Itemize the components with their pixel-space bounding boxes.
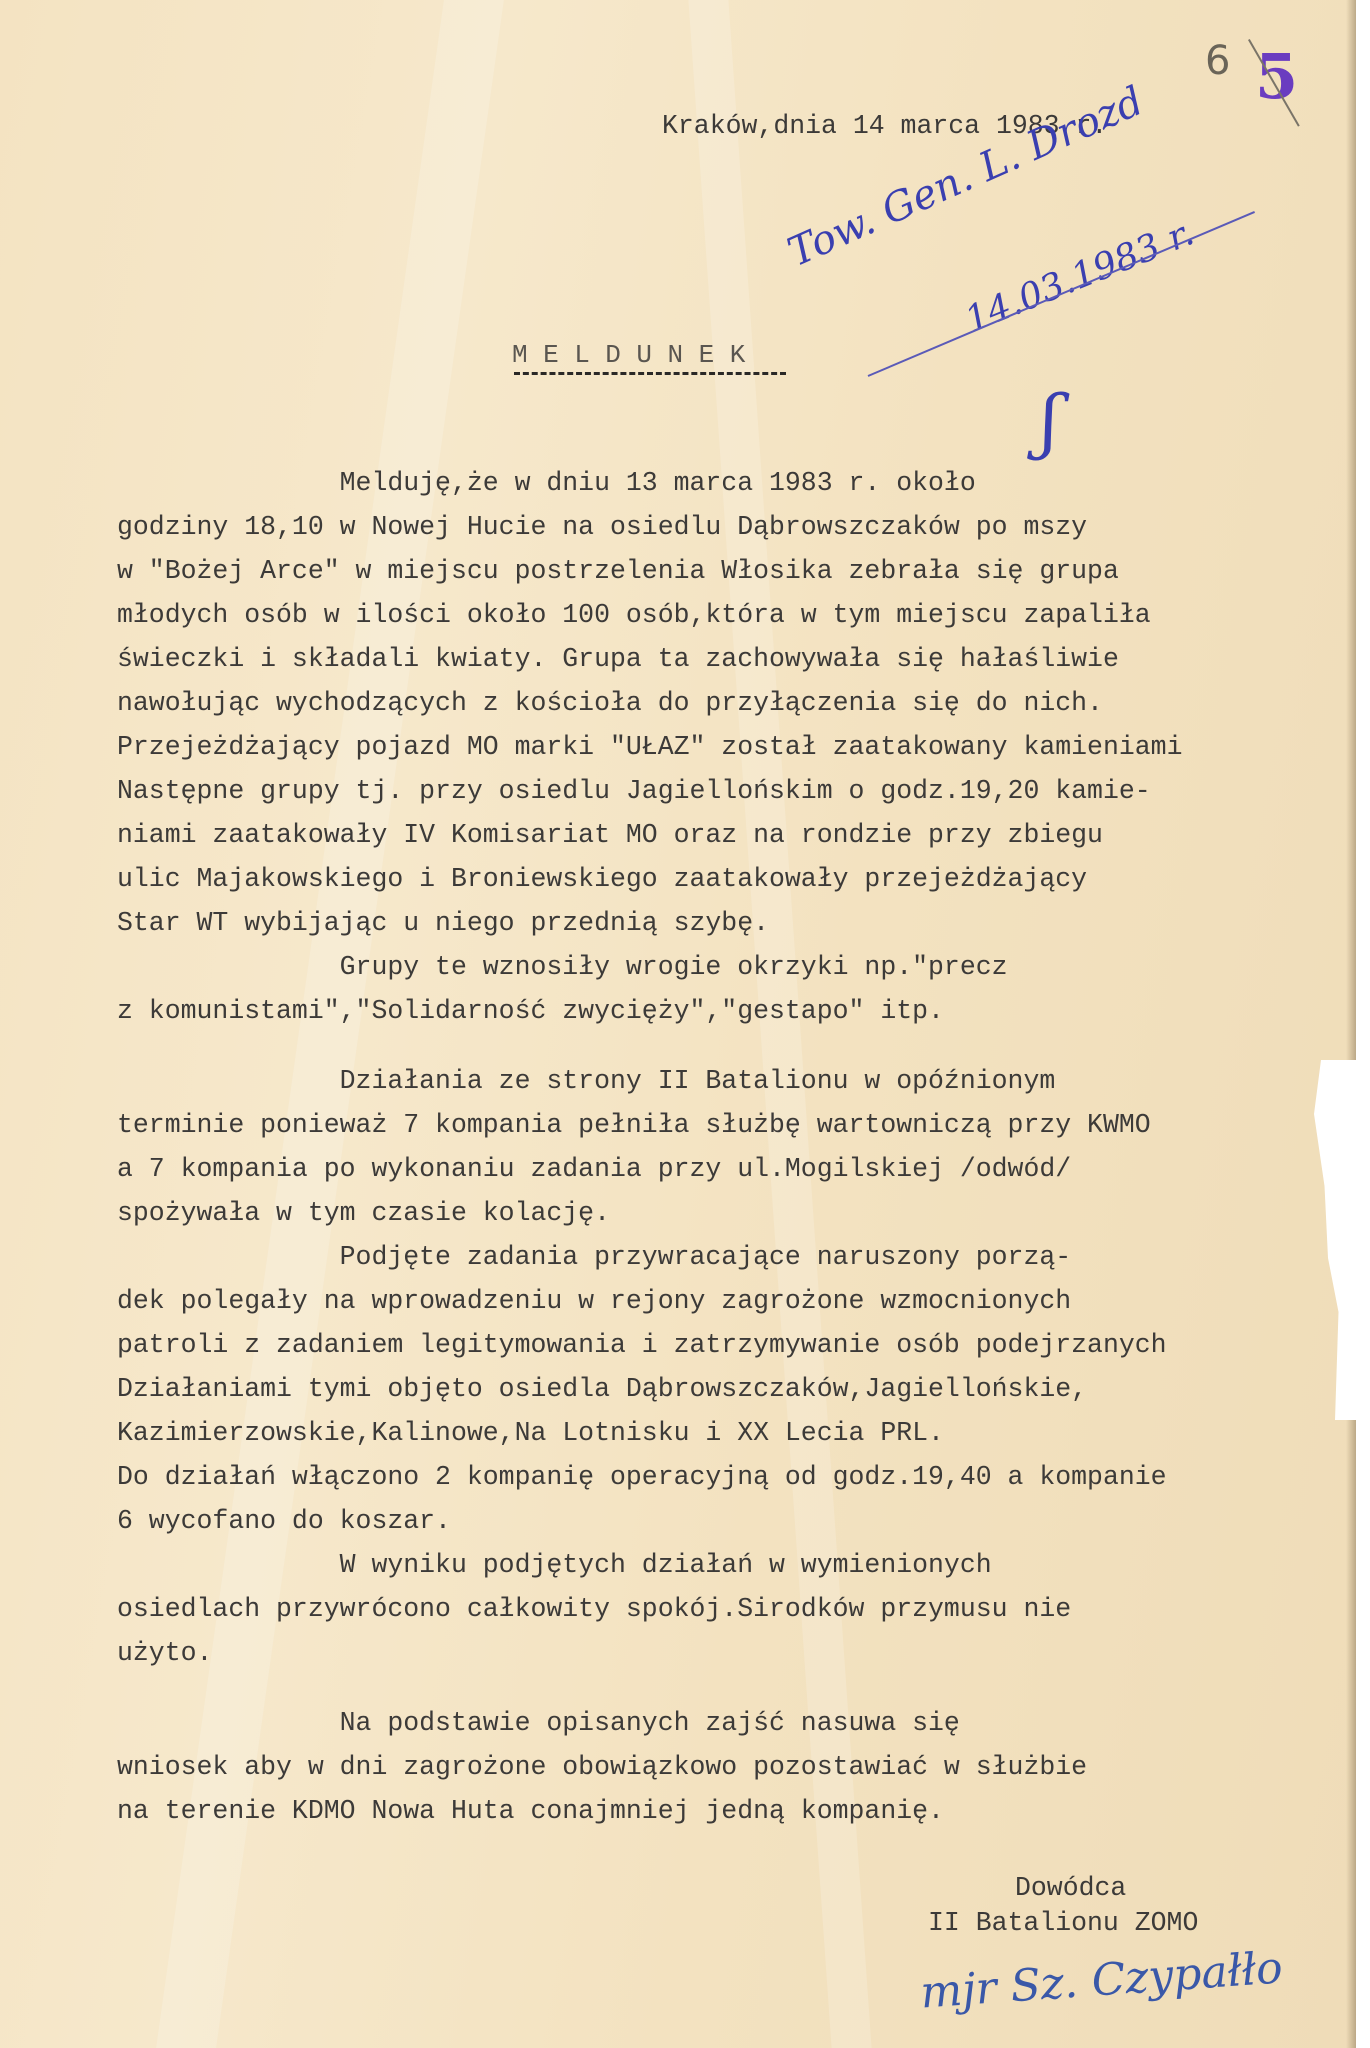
body-line: Działania ze strony II Batalionu w opóźn… xyxy=(117,1068,1055,1095)
body-line: Przejeżdżający pojazd MO marki "UŁAZ" zo… xyxy=(117,734,1182,761)
body-line: godziny 18,10 w Nowej Hucie na osiedlu D… xyxy=(117,514,1087,541)
annotation-underline xyxy=(868,211,1255,377)
body-line: ulic Majakowskiego i Broniewskiego zaata… xyxy=(117,866,1087,893)
body-line: Star WT wybijając u niego przednią szybę… xyxy=(117,910,769,937)
body-line: młodych osób w ilości około 100 osób,któ… xyxy=(117,602,1151,629)
page-edge xyxy=(1346,0,1356,2048)
body-line: wniosek aby w dni zagrożone obowiązkowo … xyxy=(117,1754,1087,1781)
body-line: Na podstawie opisanych zajść nasuwa się xyxy=(117,1710,960,1737)
body-line: Melduję,że w dniu 13 marca 1983 r. około xyxy=(117,470,976,497)
body-line: świeczki i składali kwiaty. Grupa ta zac… xyxy=(117,646,1119,673)
stamped-page-number: 5 xyxy=(1255,40,1298,113)
title-underline xyxy=(514,372,786,375)
body-line: W wyniku podjętych działań w wymienionyc… xyxy=(117,1552,992,1579)
body-line: Do działań włączono 2 kompanię operacyjn… xyxy=(117,1464,1167,1491)
signature-unit: II Batalionu ZOMO xyxy=(928,1910,1198,1937)
body-line: w "Bożej Arce" w miejscu postrzelenia Wł… xyxy=(117,558,1119,585)
document-page: 6 5 Kraków,dnia 14 marca 1983 r. Tow. Ge… xyxy=(0,0,1356,2048)
body-line: niami zaatakowały IV Komisariat MO oraz … xyxy=(117,822,1103,849)
body-line: na terenie KDMO Nowa Huta conajmniej jed… xyxy=(117,1798,944,1825)
pencil-page-number: 6 xyxy=(1205,38,1230,84)
body-line: Podjęte zadania przywracające naruszony … xyxy=(117,1244,1071,1271)
body-line: Działaniami tymi objęto osiedla Dąbrowsz… xyxy=(117,1376,1087,1403)
body-line: a 7 kompania po wykonaniu zadania przy u… xyxy=(117,1156,1071,1183)
handwritten-initials: ʃ xyxy=(1040,380,1059,462)
body-line: Kazimierzowskie,Kalinowe,Na Lotnisku i X… xyxy=(117,1420,944,1447)
document-title: MELDUNEK xyxy=(512,340,761,370)
body-line: użyto. xyxy=(117,1640,212,1667)
body-line: terminie ponieważ 7 kompania pełniła słu… xyxy=(117,1112,1151,1139)
body-line: 6 wycofano do koszar. xyxy=(117,1508,451,1535)
body-line: patroli z zadaniem legitymowania i zatrz… xyxy=(117,1332,1167,1359)
body-line: spożywała w tym czasie kolację. xyxy=(117,1200,610,1227)
signature-role: Dowódca xyxy=(1015,1875,1126,1902)
body-line: z komunistami","Solidarność zwycięży","g… xyxy=(117,998,944,1025)
body-line: dek polegały na wprowadzeniu w rejony za… xyxy=(117,1288,1071,1315)
handwritten-annotation: Tow. Gen. L. Drozd xyxy=(781,78,1150,276)
body-line: Grupy te wznosiły wrogie okrzyki np."pre… xyxy=(117,954,1008,981)
handwritten-signature: mjr Sz. Czypałło xyxy=(919,1942,1284,2018)
body-line: nawołując wychodzących z kościoła do prz… xyxy=(117,690,1103,717)
body-line: Następne grupy tj. przy osiedlu Jagiello… xyxy=(117,778,1151,805)
body-line: osiedlach przywrócono całkowity spokój.S… xyxy=(117,1596,1071,1623)
